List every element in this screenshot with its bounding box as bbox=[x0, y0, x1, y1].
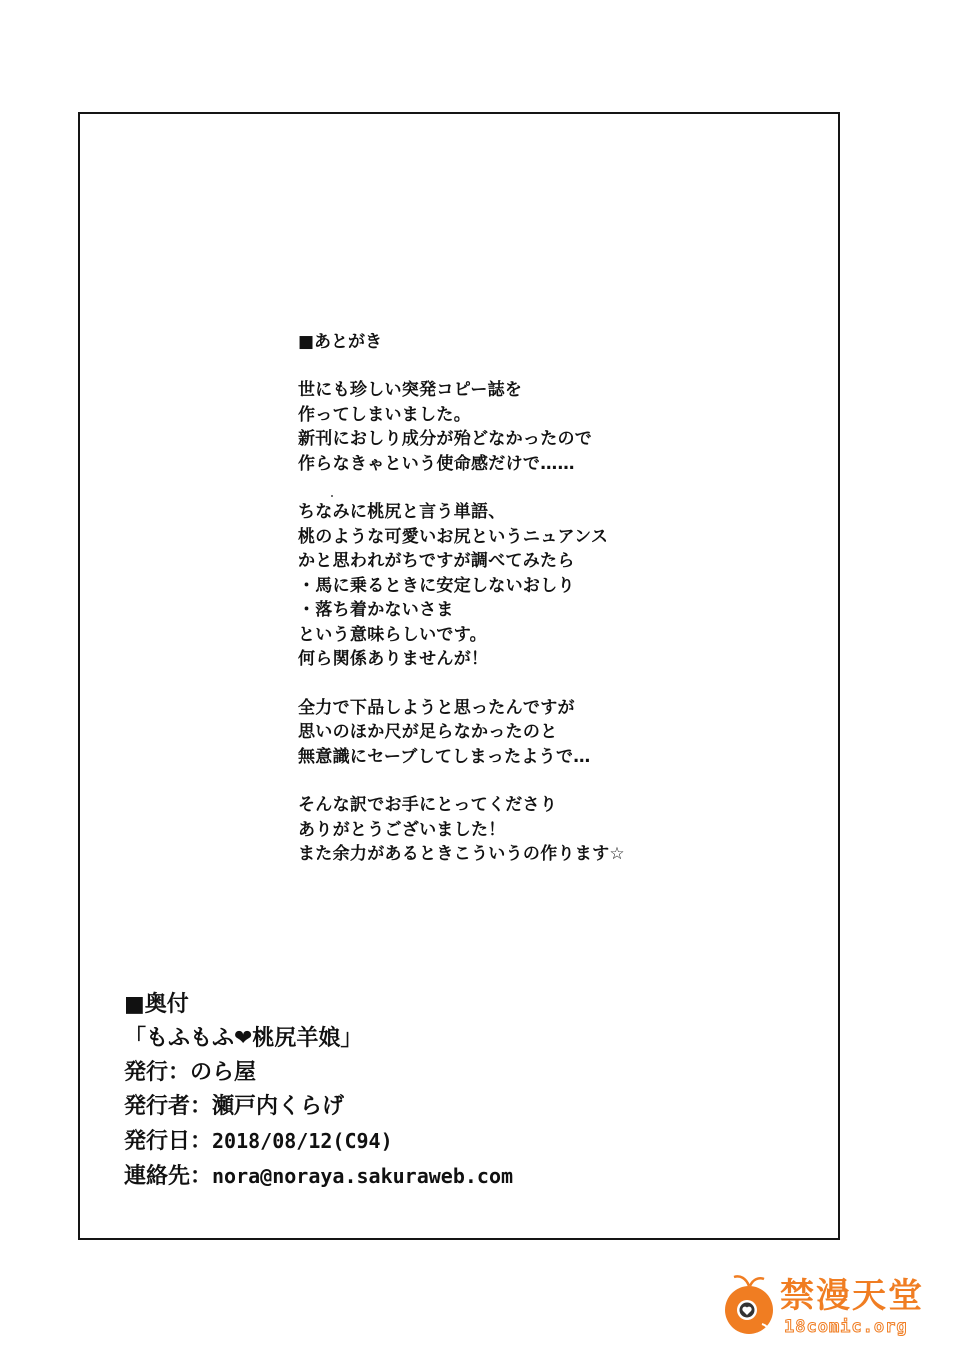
issuer-label: 発行者： bbox=[124, 1094, 212, 1119]
issuer-row: 発行者：瀬戸内くらげ bbox=[124, 1090, 684, 1124]
afterword-paragraph-3: 全力で下品しようと思ったんですが 思いのほか尺が足らなかったのと 無意識にセーブ… bbox=[298, 696, 698, 770]
text-line: ありがとうございました！ bbox=[298, 818, 698, 843]
date-row: 発行日：2018/08/12(C94) bbox=[124, 1124, 684, 1159]
date-label: 発行日： bbox=[124, 1129, 212, 1154]
text-line: 作ってしまいました。 bbox=[298, 403, 698, 428]
orange-heart-logo-icon bbox=[722, 1272, 776, 1338]
book-title: 「もふもふ❤桃尻羊娘」 bbox=[124, 1022, 684, 1056]
publisher-row: 発行：のら屋 bbox=[124, 1056, 684, 1090]
afterword-paragraph-2: ちなみに桃尻と言う単語、 桃のような可愛いお尻というニュアンス かと思われがちで… bbox=[298, 500, 698, 672]
afterword-section: ■あとがき 世にも珍しい突発コピー誌を 作ってしまいました。 新刊におしり成分が… bbox=[298, 330, 698, 891]
text-line: 新刊におしり成分が殆どなかったので bbox=[298, 427, 698, 452]
text-line: ・落ち着かないさま bbox=[298, 598, 698, 623]
publisher-value: のら屋 bbox=[190, 1060, 256, 1085]
afterword-heading: ■あとがき bbox=[298, 330, 698, 354]
contact-email: nora@noraya.sakuraweb.com bbox=[212, 1164, 513, 1188]
text-line: という意味らしいです。 bbox=[298, 623, 698, 648]
brand-name: 禁漫天堂 bbox=[780, 1276, 924, 1316]
brand-url: 18comic.org bbox=[784, 1316, 908, 1338]
contact-label: 連絡先： bbox=[124, 1164, 212, 1189]
contact-row: 連絡先：nora@noraya.sakuraweb.com bbox=[124, 1159, 684, 1194]
text-line: 無意識にセーブしてしまったようで… bbox=[298, 745, 698, 770]
text-line: 何ら関係ありませんが！ bbox=[298, 647, 698, 672]
date-value: 2018/08/12(C94) bbox=[212, 1129, 393, 1153]
colophon-heading: ■奥付 bbox=[124, 988, 684, 1022]
site-watermark: 禁漫天堂 18comic.org bbox=[722, 1268, 952, 1348]
text-line: 作らなきゃという使命感だけで…… bbox=[298, 452, 698, 477]
text-line: ちなみに桃尻と言う単語、 bbox=[298, 500, 698, 525]
colophon-section: ■奥付 「もふもふ❤桃尻羊娘」 発行：のら屋 発行者：瀬戸内くらげ 発行日：20… bbox=[124, 988, 684, 1194]
publisher-label: 発行： bbox=[124, 1060, 190, 1085]
issuer-value: 瀬戸内くらげ bbox=[212, 1094, 344, 1119]
text-line: 全力で下品しようと思ったんですが bbox=[298, 696, 698, 721]
scan-speck bbox=[331, 495, 333, 497]
text-line: かと思われがちですが調べてみたら bbox=[298, 549, 698, 574]
text-line: また余力があるときこういうの作ります☆ bbox=[298, 842, 698, 867]
afterword-paragraph-1: 世にも珍しい突発コピー誌を 作ってしまいました。 新刊におしり成分が殆どなかった… bbox=[298, 378, 698, 476]
text-line: 桃のような可愛いお尻というニュアンス bbox=[298, 525, 698, 550]
text-line: 世にも珍しい突発コピー誌を bbox=[298, 378, 698, 403]
text-line: 思いのほか尺が足らなかったのと bbox=[298, 720, 698, 745]
afterword-paragraph-4: そんな訳でお手にとってくださり ありがとうございました！ また余力があるときこう… bbox=[298, 793, 698, 867]
text-line: そんな訳でお手にとってくださり bbox=[298, 793, 698, 818]
text-line: ・馬に乗るときに安定しないおしり bbox=[298, 574, 698, 599]
